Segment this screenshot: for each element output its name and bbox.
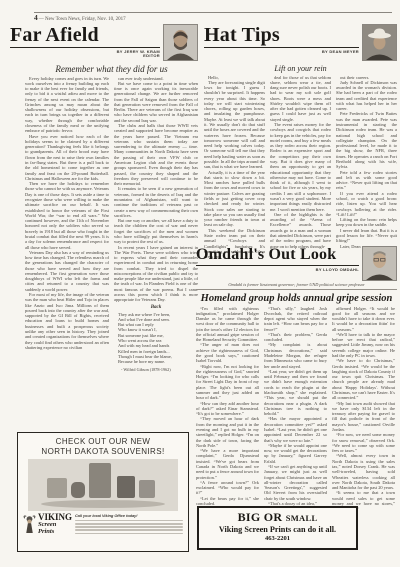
- jerry-kram-photo: [163, 24, 198, 61]
- hat-tips-column-1: Hello,They are forecasting single digit …: [204, 75, 265, 269]
- hat-tips-byline: BY DEAN MEYER: [204, 50, 359, 55]
- paragraph: “Has the mayor appointed a decoration co…: [264, 416, 327, 442]
- paragraph: “We have a more important complaint,” Ge…: [196, 448, 259, 480]
- paragraph: But we have come to a point in time when…: [114, 81, 198, 123]
- page-number: 4: [34, 13, 38, 22]
- lloyd-omdahl-photo: [362, 246, 397, 281]
- paragraph: In recent years I have gained an interes…: [114, 245, 198, 303]
- paragraph: “How can they add another hour of dark?”…: [196, 401, 259, 417]
- poem-back: Back They ask me where I've been,And wha…: [114, 305, 198, 372]
- paragraph: “The anger of man does not achieve the r…: [196, 342, 259, 363]
- paragraph: Actually, it is a time of the year that …: [204, 170, 265, 228]
- paragraph: “Maybe if he would appoint one now, we w…: [264, 443, 327, 464]
- hat-tips-header: Hat Tips BY DEAN MEYER: [204, 24, 397, 61]
- paragraph: “Let the bears pay for it,” she conclude…: [196, 496, 259, 507]
- paragraph: Veterans Day also has a way of reminding…: [25, 250, 109, 292]
- fine-print-line: [75, 533, 183, 535]
- omdahl-body: “I'm filled with righteous indignation,”…: [196, 306, 397, 509]
- paragraph: For most of my life, the image of the ve…: [25, 292, 109, 350]
- paragraph: “I'm filled with righteous indignation,”…: [196, 306, 259, 343]
- paragraph: affirmed Holger. “It would be good for a…: [332, 306, 395, 332]
- big-ad-phone: 463-2201: [199, 535, 356, 543]
- far-afield-headline: Remember what they did for us: [25, 64, 198, 74]
- omdahl-tagline: Omdahl is former lieutenant governor; fo…: [196, 281, 397, 290]
- big-ad-line1-big: BIG OR: [238, 510, 283, 524]
- viking-souvenir-ad: CHECK OUT OUR NEW NORTH DAKOTA SOUVENIRS…: [17, 432, 189, 552]
- paragraph: “We have to do Christmas,” Gerda insiste…: [332, 358, 395, 400]
- paragraph: “That's silly,” laughed Josh Dvorchak, t…: [264, 306, 327, 332]
- brand-line-2: Screen: [38, 521, 72, 528]
- paragraph: “For now, we need some money for snow re…: [332, 432, 395, 453]
- paragraph: “A fence around town?” Ork exclaimed. “W…: [196, 480, 259, 496]
- viking-big-or-small-ad: BIG OR SMALL Viking Screen Prints can do…: [197, 506, 358, 550]
- far-afield-header: Far Afield BY JERRY W. KRAM EDITOR: [10, 24, 198, 61]
- omdahl-section: Omdahl's Out Look BY LLOYD OMDAHL Omdahl…: [196, 246, 397, 509]
- souvenir-ad-line-1: CHECK OUT OUR NEW: [23, 437, 183, 447]
- paragraph: “My last town audit showed that we have …: [332, 401, 395, 433]
- hat-tips-headline: Lift on your rein: [204, 64, 397, 73]
- souvenir-ad-line-2: NORTH DAKOTA SOUVENIRS!: [23, 447, 183, 457]
- hat-tips-title: Hat Tips: [204, 24, 359, 48]
- paragraph: If you ever attend a rodeo school, or wa…: [336, 191, 397, 217]
- omdahl-header: Omdahl's Out Look BY LLOYD OMDAHL: [196, 246, 397, 281]
- paragraph: “Right now, I'm not looking for the righ…: [196, 364, 259, 401]
- paragraph: Lifting on the bronc rein helps keep you…: [336, 217, 397, 228]
- paragraph: Have you ever noticed how each of the ho…: [25, 134, 109, 182]
- paragraph: Because he bore my name.: [114, 359, 198, 364]
- paragraph: One of the highlights is the awarding of…: [270, 212, 331, 249]
- paragraph: Pete Fredericks of Twin Buttes was the m…: [336, 111, 397, 169]
- paragraph: Judy Schnell of Dickinson was awarded in…: [336, 80, 397, 112]
- big-ad-line2: Viking Screen Prints can do it all.: [199, 525, 356, 535]
- newspaper-page: 4— New Town News, Friday, Nov. 10, 2017 …: [0, 0, 400, 567]
- paragraph: Pete told a few rodeo stories and left u…: [336, 170, 397, 191]
- paragraph: “My complaint is about Christmas decorat…: [264, 342, 327, 368]
- brand-line-3: Prints: [38, 528, 72, 535]
- souvenir-ad-contact-block: Call your local Viking Office today!: [75, 513, 183, 536]
- poem-title: Back: [114, 305, 198, 311]
- hat-tips-body: Hello,They are forecasting single digit …: [204, 75, 397, 269]
- far-afield-byline: BY JERRY W. KRAM EDITOR: [10, 50, 160, 60]
- hat-tips-column-2: deal for those of us that seldom shave, …: [270, 75, 331, 269]
- far-afield-section: Far Afield BY JERRY W. KRAM EDITOR Remem…: [10, 24, 198, 428]
- brand-name: VIKING: [38, 513, 72, 521]
- fine-print-line: [75, 520, 183, 522]
- far-afield-body: Every holiday comes and goes in its turn…: [25, 76, 198, 428]
- omdahl-byline: BY LLOYD OMDAHL: [196, 268, 359, 273]
- omdahl-column-3: affirmed Holger. “It would be good for a…: [332, 306, 395, 509]
- fine-print-line: [75, 529, 183, 531]
- poem-attribution: - Wilfrid Gibson (1878-1962): [114, 367, 198, 372]
- paragraph: “We'll have to talk to the mayor before …: [332, 332, 395, 358]
- paragraph: The event raises money for the cowboys a…: [270, 122, 331, 212]
- fine-print-line: [75, 526, 183, 528]
- omdahl-column-2: “That's silly,” laughed Josh Dvorchak, t…: [264, 306, 327, 509]
- viking-screen-prints-logo: VIKING Screen Prints: [23, 513, 72, 535]
- viking-mascot-icon: [23, 513, 36, 535]
- paragraph: It remains to be seen if a new generatio…: [114, 186, 198, 218]
- paragraph: “Well, almost every town in North Dakota…: [332, 453, 395, 490]
- omdahl-title: Omdahl's Out Look: [196, 246, 359, 266]
- paragraph: But one way or another, we all have a du…: [114, 218, 198, 244]
- paragraph: Then we have the holidays to remember th…: [25, 181, 109, 250]
- far-afield-column-1: Every holiday comes and goes in its turn…: [25, 76, 109, 428]
- paragraph: deal for those of us that seldom shave, …: [270, 75, 331, 123]
- far-afield-column-2: can ever truly understand.But we have co…: [114, 76, 198, 428]
- paragraph: “If we can't get anything up until Janua…: [264, 464, 327, 501]
- paragraph: The clubs and halls that those WWII vets…: [114, 123, 198, 186]
- paragraph: They are forecasting single digit lows f…: [204, 80, 265, 170]
- paragraph: “Last year, we didn't get them up until …: [264, 369, 327, 417]
- far-afield-title: Far Afield: [10, 24, 160, 48]
- masthead-text: — New Town News, Friday, Nov. 10, 2017: [39, 17, 126, 22]
- paragraph: Every holiday comes and goes in its turn…: [25, 76, 109, 134]
- paragraph: I never did learn that. But it is a good…: [336, 228, 397, 244]
- fine-print-line: [75, 523, 183, 525]
- omdahl-column-1: “I'm filled with righteous indignation,”…: [196, 306, 259, 509]
- hat-tips-section: Hat Tips BY DEAN MEYER Lift on your rein…: [204, 24, 397, 269]
- big-ad-line1-small: SMALL: [286, 513, 318, 523]
- paragraph: “That's their problem,” Gerda concluded.: [264, 332, 327, 343]
- page-masthead: 4— New Town News, Friday, Nov. 10, 2017: [34, 12, 392, 23]
- souvenir-ad-cta: Call your local Viking Office today!: [75, 514, 183, 518]
- souvenir-products-photo: [28, 459, 178, 511]
- paragraph: “They moved an hour of dark from the mor…: [196, 416, 259, 448]
- omdahl-headline: Homeland group holds annual gripe sessio…: [196, 293, 397, 304]
- hat-tips-column-3: out their careers.Judy Schnell of Dickin…: [336, 75, 397, 269]
- dean-meyer-photo: [362, 24, 397, 61]
